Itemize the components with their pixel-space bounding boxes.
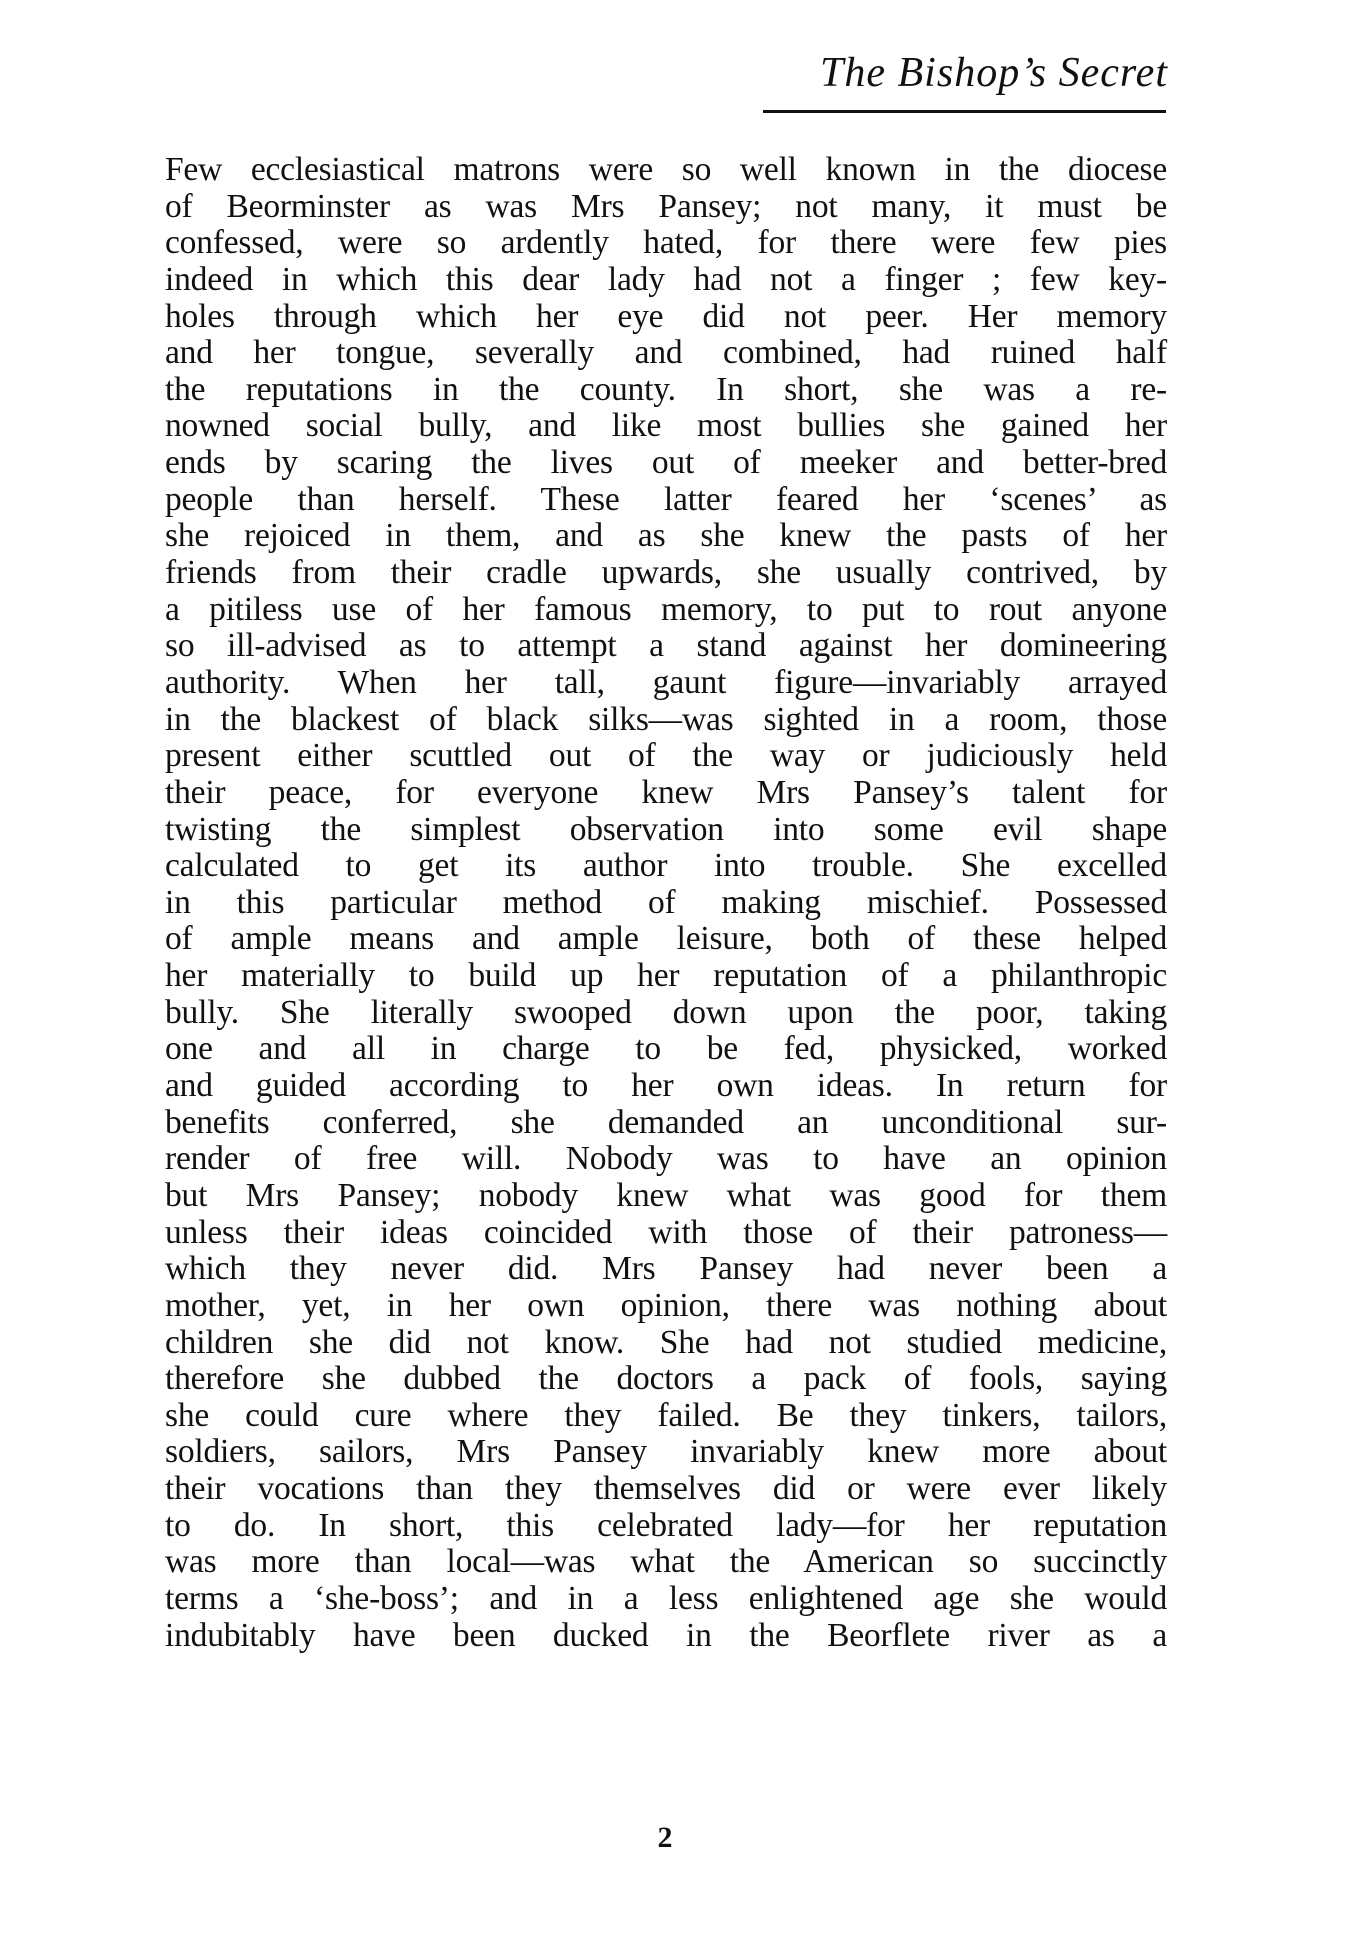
text-line: so ill-advised as to attempt a stand aga… (165, 628, 1167, 665)
text-line: she could cure where they failed. Be the… (165, 1398, 1167, 1435)
text-line: render of free will. Nobody was to have … (165, 1141, 1167, 1178)
text-line: confessed, were so ardently hated, for t… (165, 225, 1167, 262)
text-line: of Beorminster as was Mrs Pansey; not ma… (165, 189, 1167, 226)
text-line: and guided according to her own ideas. I… (165, 1068, 1167, 1105)
text-line: their vocations than they themselves did… (165, 1471, 1167, 1508)
text-line: calculated to get its author into troubl… (165, 848, 1167, 885)
text-line: of ample means and ample leisure, both o… (165, 921, 1167, 958)
text-line: unless their ideas coincided with those … (165, 1215, 1167, 1252)
text-line: authority. When her tall, gaunt figure—i… (165, 665, 1167, 702)
header-rule-divider (763, 110, 1166, 113)
text-line: people than herself. These latter feared… (165, 482, 1167, 519)
text-line: holes through which her eye did not peer… (165, 299, 1167, 336)
running-header-title: The Bishop’s Secret (760, 48, 1168, 98)
text-line: was more than local—was what the America… (165, 1544, 1167, 1581)
text-line: soldiers, sailors, Mrs Pansey invariably… (165, 1434, 1167, 1471)
text-line: and her tongue, severally and combined, … (165, 335, 1167, 372)
text-line: in the blackest of black silks—was sight… (165, 702, 1167, 739)
text-line: ends by scaring the lives out of meeker … (165, 445, 1167, 482)
text-line: indeed in which this dear lady had not a… (165, 262, 1167, 299)
text-line: terms a ‘she-boss’; and in a less enligh… (165, 1581, 1167, 1618)
book-page: The Bishop’s Secret Few ecclesiastical m… (0, 0, 1361, 1958)
text-line: therefore she dubbed the doctors a pack … (165, 1361, 1167, 1398)
body-paragraph: Few ecclesiastical matrons were so well … (165, 152, 1167, 1654)
text-line: twisting the simplest observation into s… (165, 812, 1167, 849)
text-line: present either scuttled out of the way o… (165, 738, 1167, 775)
text-line: in this particular method of making misc… (165, 885, 1167, 922)
page-number: 2 (640, 1820, 690, 1856)
text-line: to do. In short, this celebrated lady—fo… (165, 1508, 1167, 1545)
text-line: the reputations in the county. In short,… (165, 372, 1167, 409)
text-line: one and all in charge to be fed, physick… (165, 1031, 1167, 1068)
text-line: but Mrs Pansey; nobody knew what was goo… (165, 1178, 1167, 1215)
text-line: Few ecclesiastical matrons were so well … (165, 152, 1167, 189)
text-line: bully. She literally swooped down upon t… (165, 995, 1167, 1032)
text-line: her materially to build up her reputatio… (165, 958, 1167, 995)
text-line: she rejoiced in them, and as she knew th… (165, 518, 1167, 555)
text-line: benefits conferred, she demanded an unco… (165, 1105, 1167, 1142)
text-line: mother, yet, in her own opinion, there w… (165, 1288, 1167, 1325)
text-line: nowned social bully, and like most bulli… (165, 408, 1167, 445)
text-line: a pitiless use of her famous memory, to … (165, 592, 1167, 629)
text-line: children she did not know. She had not s… (165, 1325, 1167, 1362)
text-line: indubitably have been ducked in the Beor… (165, 1618, 1167, 1655)
text-line: their peace, for everyone knew Mrs Panse… (165, 775, 1167, 812)
text-line: friends from their cradle upwards, she u… (165, 555, 1167, 592)
text-line: which they never did. Mrs Pansey had nev… (165, 1251, 1167, 1288)
